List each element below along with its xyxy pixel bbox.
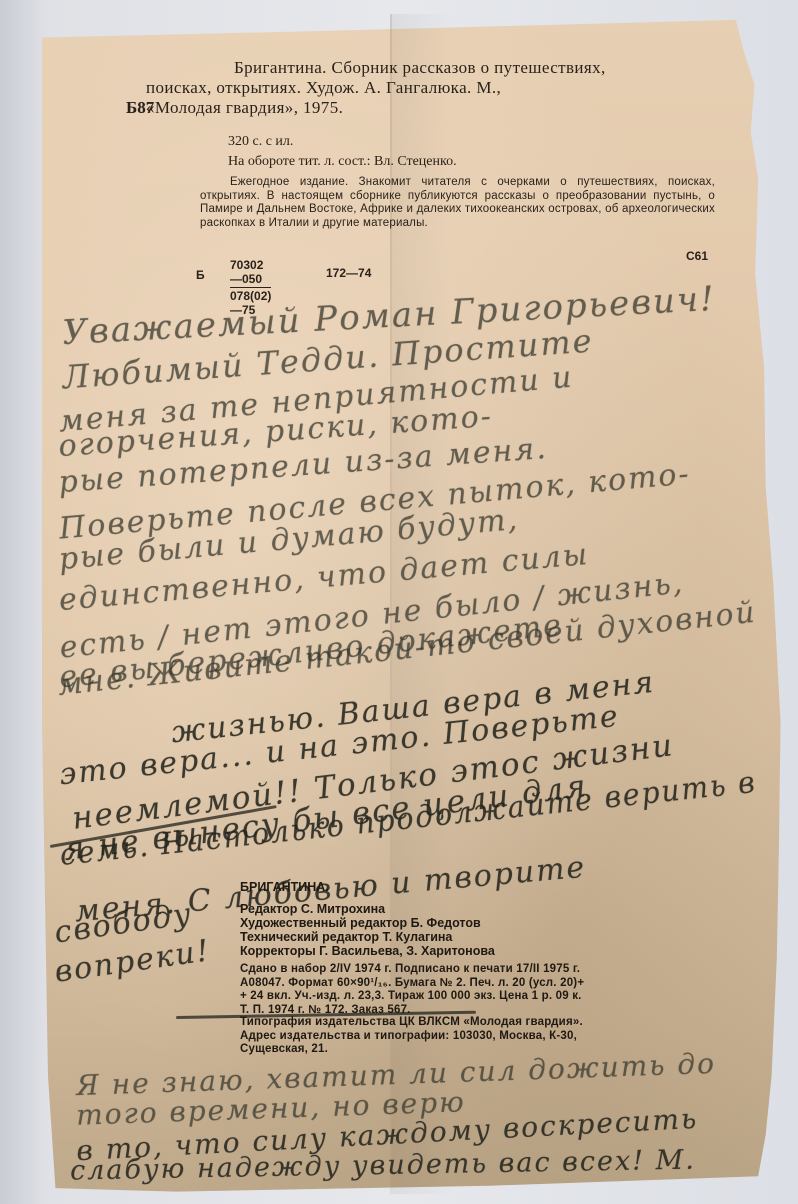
udc-code: С61	[686, 249, 708, 263]
header-line-1: Бригантина. Сборник рассказов о путешест…	[142, 58, 722, 78]
library-code: Б87	[126, 98, 154, 118]
bibliographic-header: Б87 Бригантина. Сборник рассказов о путе…	[142, 58, 722, 118]
print-details: Сдано в набор 2/IV 1974 г. Подписано к п…	[240, 963, 730, 1017]
classification-numerator: 70302—050	[230, 258, 271, 288]
classification-letter: Б	[196, 268, 205, 282]
page-meta: 320 с. с ил. На обороте тит. л. сост.: В…	[228, 132, 457, 172]
credit-art-editor: Художественный редактор Б. Федотов	[240, 916, 495, 930]
compiler-note: На обороте тит. л. сост.: Вл. Стеценко.	[228, 152, 457, 172]
header-line-3: «Молодая гвардия», 1975.	[142, 98, 722, 118]
classification-suffix: 172—74	[326, 266, 371, 280]
colophon-title: БРИГАНТИНА.	[240, 880, 329, 894]
colophon-credits: Редактор С. Митрохина Художественный ред…	[240, 902, 495, 958]
abstract: Ежегодное издание. Знакомит читателя с о…	[200, 176, 715, 230]
page-count: 320 с. с ил.	[228, 132, 457, 152]
header-line-2: поисках, открытиях. Худож. А. Гангалюка.…	[142, 78, 722, 98]
credit-tech-editor: Технический редактор Т. Кулагина	[240, 930, 495, 944]
credit-proofreaders: Корректоры Г. Васильева, З. Харитонова	[240, 944, 495, 958]
credit-editor: Редактор С. Митрохина	[240, 902, 495, 916]
